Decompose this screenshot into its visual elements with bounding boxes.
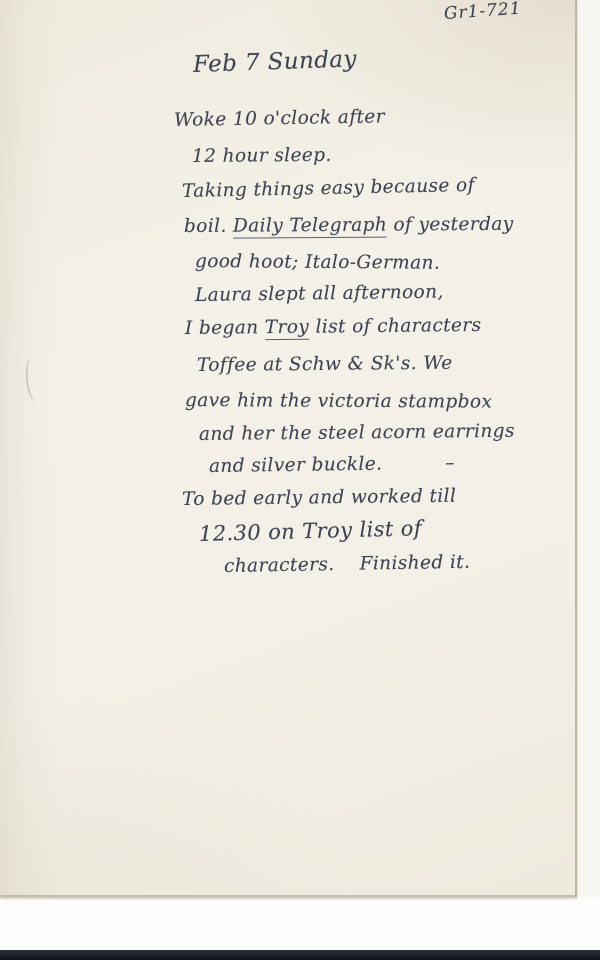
- handwritten-line: boil. Daily Telegraph of yesterday: [184, 214, 514, 237]
- handwritten-line: and silver buckle. –: [209, 453, 455, 477]
- diary-paper-sheet: Gr1-721 Feb 7 Sunday Woke 10 o'clock aft…: [0, 0, 577, 897]
- handwritten-line: Toffee at Schw & Sk's. We: [197, 353, 453, 376]
- handwritten-line: I began Troy list of characters: [185, 315, 482, 339]
- handwritten-line: Laura slept all afternoon,: [195, 282, 444, 306]
- scanner-backing-right: [577, 0, 600, 897]
- scanned-diary-page: Gr1-721 Feb 7 Sunday Woke 10 o'clock aft…: [0, 0, 600, 960]
- handwritten-line: gave him the victoria stampbox: [185, 390, 492, 413]
- handwritten-line: To bed early and worked till: [182, 486, 457, 510]
- archive-reference-number: Gr1-721: [443, 0, 522, 24]
- handwritten-line: good hoot; Italo-German.: [195, 251, 440, 274]
- paper-crease-mark: [24, 357, 45, 402]
- scan-edge-band: [0, 950, 600, 960]
- underlined-text: Daily Telegraph: [233, 215, 387, 239]
- handwritten-line: Taking things easy because of: [182, 175, 475, 202]
- handwritten-line: and her the steel acorn earrings: [199, 421, 515, 445]
- line-text: boil.: [184, 216, 233, 237]
- underlined-text: Troy: [265, 317, 310, 340]
- line-text: list of characters: [309, 315, 481, 338]
- handwritten-line: 12 hour sleep.: [192, 145, 332, 167]
- handwritten-line: 12.30 on Troy list of: [199, 516, 423, 546]
- line-text: I began: [185, 317, 265, 339]
- line-text: of yesterday: [387, 214, 514, 236]
- entry-date-heading: Feb 7 Sunday: [193, 46, 358, 78]
- scanner-backing-bottom: [0, 897, 600, 950]
- handwritten-line: characters. Finished it.: [224, 552, 471, 577]
- handwritten-line: Woke 10 o'clock after: [174, 106, 385, 131]
